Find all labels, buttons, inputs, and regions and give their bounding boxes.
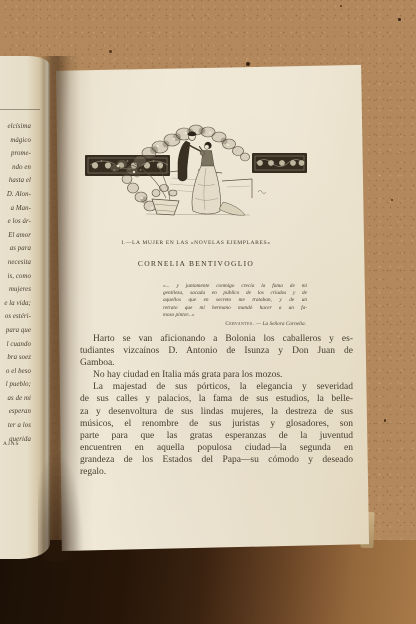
- dust-speck: [109, 50, 112, 53]
- left-page-fragment-line: as de mi: [0, 392, 40, 406]
- left-page-fragment-line: necesita: [0, 256, 40, 270]
- epigraph: «... y juntamente conmigo crecía la fama…: [163, 283, 307, 329]
- left-page-fragment-line: l pueblo;: [0, 378, 40, 392]
- epigraph-attribution: Cervantes.—La Señora Cornelia.: [163, 321, 307, 328]
- body-line: La majestad de sus pórticos, la eleganci…: [80, 381, 353, 393]
- dust-speck: [340, 5, 342, 7]
- epigraph-work-title: La Señora Cornelia.: [263, 321, 306, 327]
- body-text: Harto se van aficionando a Bolonia los c…: [80, 333, 353, 478]
- left-page-fragment-line: hasta el: [0, 174, 40, 188]
- left-page-fragment-line: o el beso: [0, 365, 40, 379]
- body-line: grandeza de los Estados del Papa—su cómo…: [80, 454, 353, 466]
- left-page-fragment-line: mágico: [0, 134, 40, 148]
- left-page-fragment-line: e la vida;: [0, 297, 40, 311]
- left-page-fragment-line: e los ár-: [0, 215, 40, 229]
- signature-fragment: AJAS: [3, 441, 19, 447]
- epigraph-line: aquellos que en secreto me trataban, y d…: [163, 297, 307, 304]
- chapter-title: CORNELIA BENTIVOGLIO: [71, 259, 321, 268]
- left-page-fragment-line: is, como: [0, 270, 40, 284]
- left-page-fragments: elcísimamágicoprome-ndo enhasta elD. Alo…: [0, 120, 40, 446]
- epigraph-separator: —: [254, 321, 262, 327]
- dust-speck: [398, 18, 401, 21]
- body-line: No hay ciudad en Italia más grata para l…: [80, 369, 353, 381]
- left-page-fragment-line: para que: [0, 324, 40, 338]
- body-line: de sus calles y palacios, la fama de sus…: [80, 393, 353, 405]
- left-page-fragment-line: ndo en: [0, 161, 40, 175]
- epigraph-line: moso pintor...»: [163, 312, 307, 319]
- left-page-fragment-line: mujeres: [0, 283, 40, 297]
- dust-speck: [384, 419, 386, 422]
- planter: [152, 185, 179, 216]
- left-page-fragment-line: as para: [0, 242, 40, 256]
- left-page-fragment-line: D. Alon-: [0, 188, 40, 202]
- left-page-fragment-line: l cuando: [0, 338, 40, 352]
- epigraph-line: «... y juntamente conmigo crecía la fama…: [163, 283, 307, 290]
- body-line: tudiantes vizcaínos D. Antonio de Isunza…: [80, 345, 353, 357]
- chapter-header: I.—LA MUJER EN LAS «NOVELAS EJEMPLARES»: [71, 240, 321, 246]
- gutter-bottom-shadow: [38, 450, 84, 568]
- left-page-fragment-line: ter a los: [0, 419, 40, 433]
- left-page-rule: [0, 109, 40, 110]
- body-line: parte para que las gratas esperanzas de …: [80, 430, 353, 442]
- vignette-illustration: [82, 124, 310, 216]
- epigraph-line: gentileza, sacada en público de los cria…: [163, 290, 307, 297]
- epigraph-author: Cervantes.: [225, 321, 254, 327]
- ornament-band-right: [252, 153, 307, 173]
- left-page-fragment-line: elcísima: [0, 120, 40, 134]
- body-line: Harto se van aficionando a Bolonia los c…: [80, 333, 353, 345]
- left-page-fragment-line: esperan: [0, 405, 40, 419]
- body-line: músicos, el renombre de sus juristas y g…: [80, 418, 353, 430]
- left-page-fragment-line: os estéri-: [0, 310, 40, 324]
- epigraph-lines: «... y juntamente conmigo crecía la fama…: [163, 283, 307, 319]
- body-line: encuentren en aquella populosa ciudad—la…: [80, 442, 353, 454]
- body-line: Gamboa.: [80, 357, 353, 369]
- left-page-fragment-line: El amor: [0, 229, 40, 243]
- book-photo: { "palette": { "background": "#b2885c", …: [0, 0, 416, 624]
- body-line: regalo.: [80, 466, 353, 478]
- dust-speck: [391, 199, 393, 201]
- right-page: I.—LA MUJER EN LAS «NOVELAS EJEMPLARES» …: [52, 60, 370, 552]
- engraver-signature: [258, 191, 266, 194]
- left-page-fragment-line: prome-: [0, 147, 40, 161]
- body-line: za y desenvoltura de sus lindas mujeres,…: [80, 406, 353, 418]
- dust-speck: [246, 62, 250, 66]
- left-page-fragment-line: bra soez: [0, 351, 40, 365]
- left-page-fragment-line: a Man-: [0, 202, 40, 216]
- epigraph-line: retrato que mi hermano mandó hacer a un …: [163, 305, 307, 312]
